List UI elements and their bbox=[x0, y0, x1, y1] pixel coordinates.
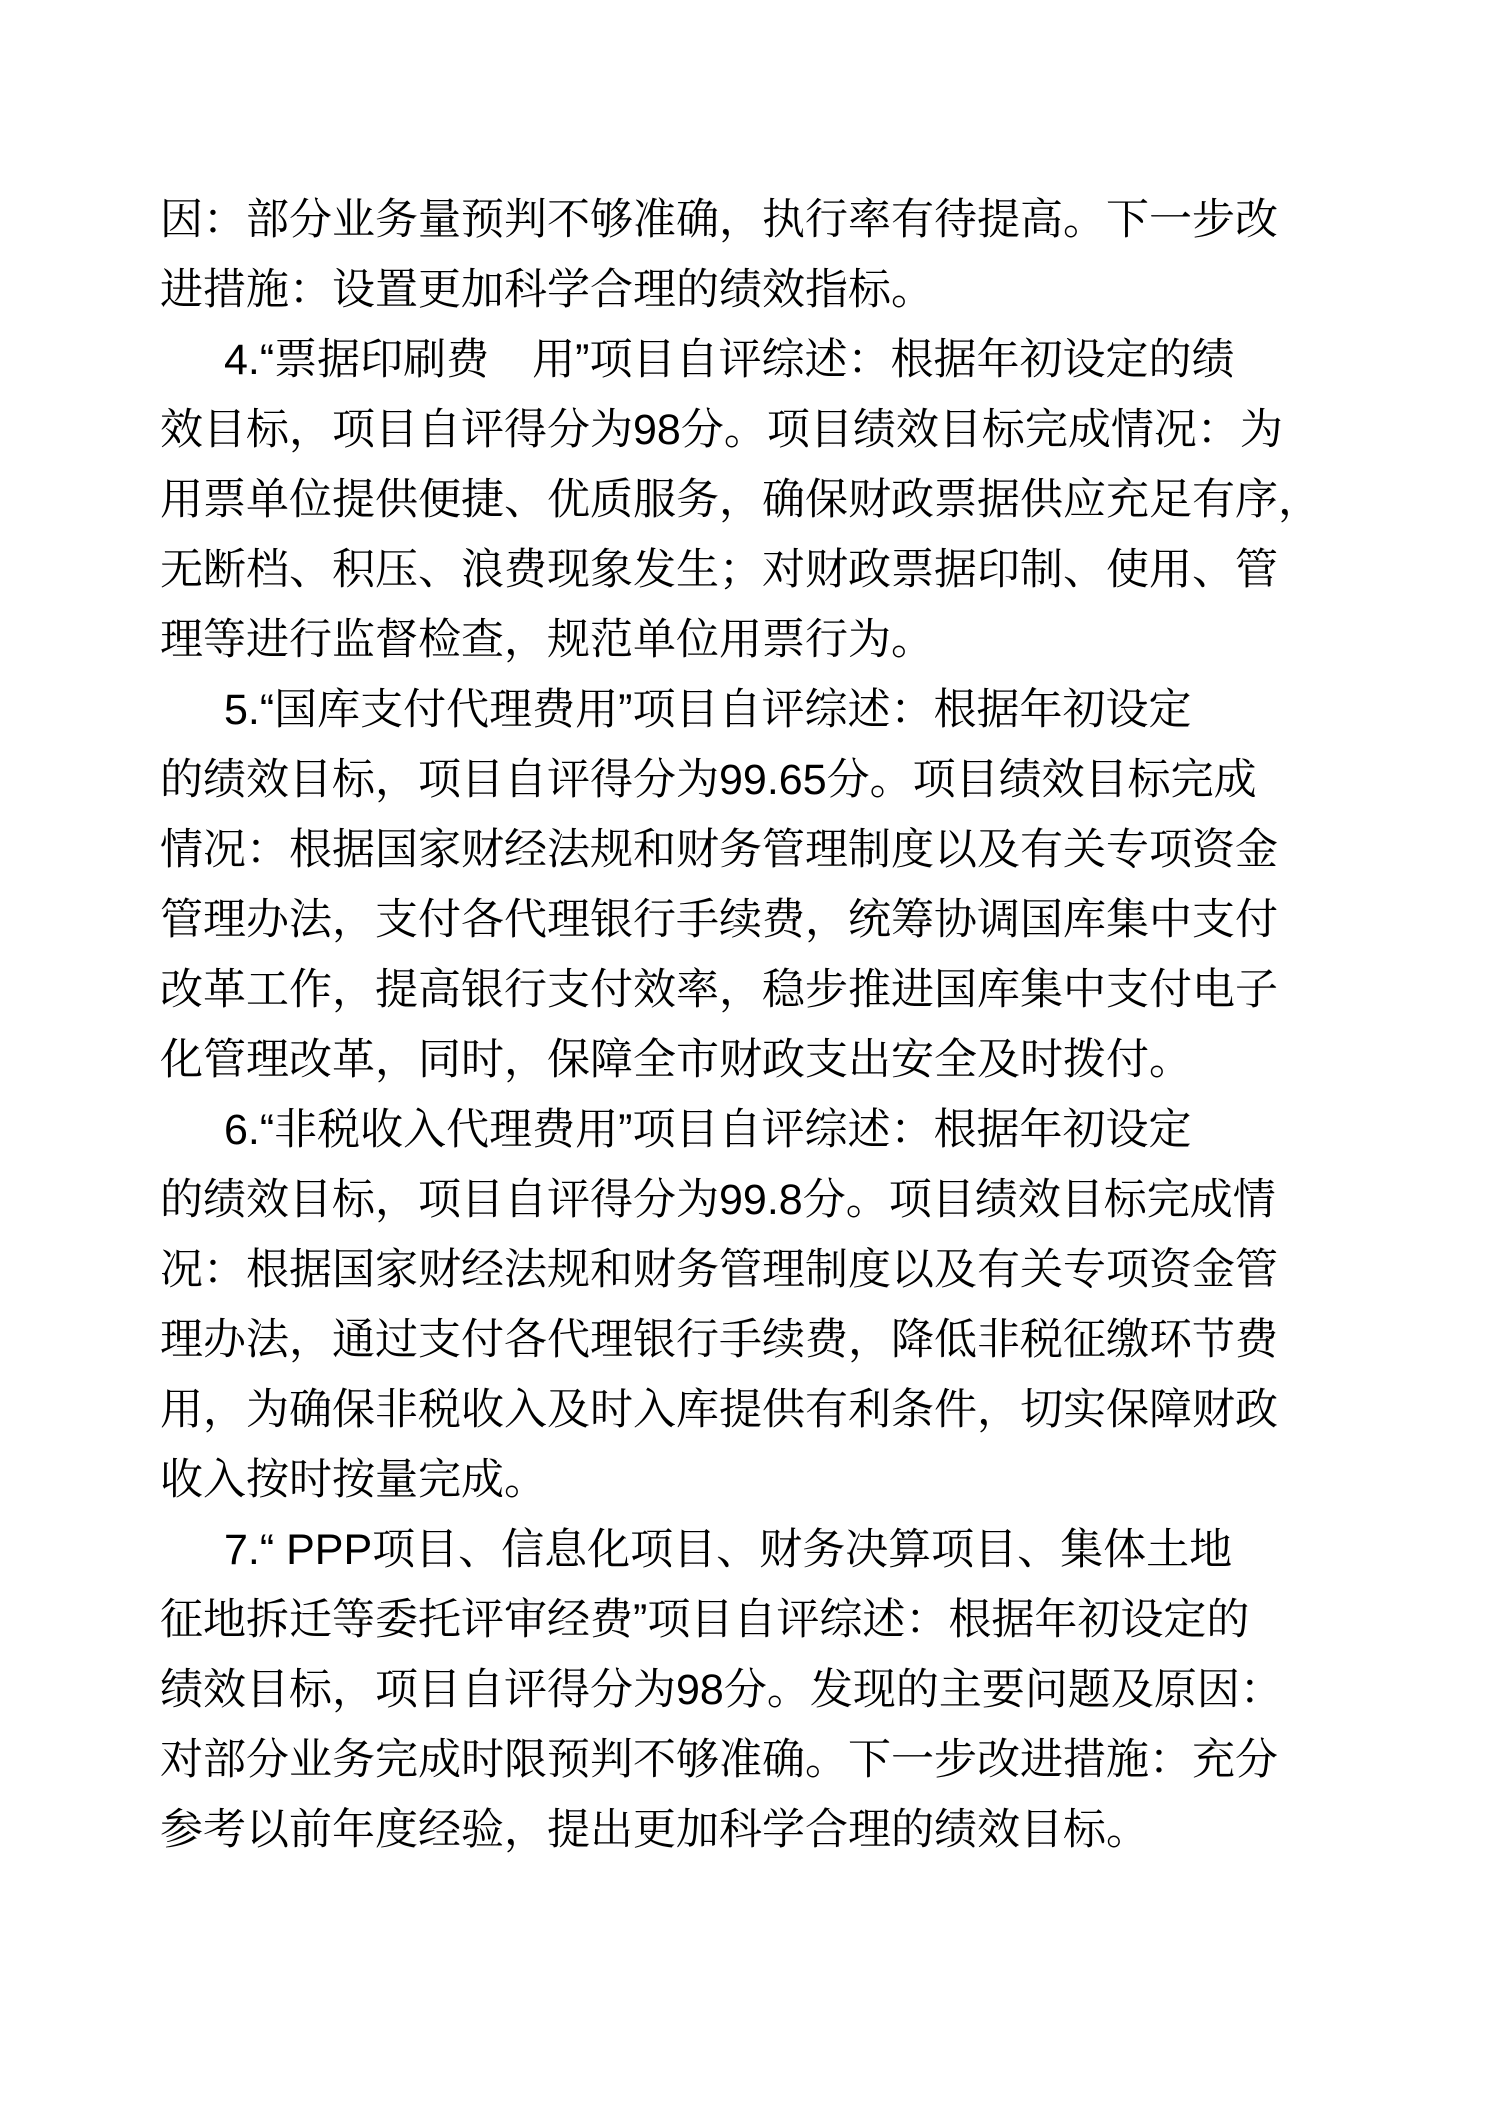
text-line-item-7: 7.“ PPP项目、信息化项目、财务决算项目、集体土地 bbox=[160, 1515, 1350, 1585]
text-line: 理等进行监督检查，规范单位用票行为。 bbox=[160, 605, 1350, 675]
text-line: 无断档、积压、浪费现象发生；对财政票据印制、使用、管 bbox=[160, 535, 1350, 605]
text-line-item-6: 6.“非税收入代理费用”项目自评综述：根据年初设定 bbox=[160, 1095, 1350, 1165]
text-line: 的绩效目标，项目自评得分为99.8分。项目绩效目标完成情 bbox=[160, 1165, 1350, 1235]
text-line: 效目标，项目自评得分为98分。项目绩效目标完成情况：为 bbox=[160, 395, 1350, 465]
text-line: 理办法，通过支付各代理银行手续费，降低非税征缴环节费 bbox=[160, 1305, 1350, 1375]
text-line: 因：部分业务量预判不够准确，执行率有待提高。下一步改 bbox=[160, 185, 1350, 255]
text-line: 管理办法，支付各代理银行手续费，统筹协调国库集中支付 bbox=[160, 885, 1350, 955]
text-block: 因：部分业务量预判不够准确，执行率有待提高。下一步改 进措施：设置更加科学合理的… bbox=[160, 185, 1350, 1865]
text-line: 化管理改革，同时，保障全市财政支出安全及时拨付。 bbox=[160, 1025, 1350, 1095]
text-line-item-4: 4.“票据印刷费 用”项目自评综述：根据年初设定的绩 bbox=[160, 325, 1350, 395]
text-line: 绩效目标，项目自评得分为98分。发现的主要问题及原因： bbox=[160, 1655, 1350, 1725]
text-line: 对部分业务完成时限预判不够准确。下一步改进措施：充分 bbox=[160, 1725, 1350, 1795]
text-line: 进措施：设置更加科学合理的绩效指标。 bbox=[160, 255, 1350, 325]
text-line: 情况：根据国家财经法规和财务管理制度以及有关专项资金 bbox=[160, 815, 1350, 885]
text-line: 参考以前年度经验，提出更加科学合理的绩效目标。 bbox=[160, 1795, 1350, 1865]
text-line: 收入按时按量完成。 bbox=[160, 1445, 1350, 1515]
text-line: 用票单位提供便捷、优质服务，确保财政票据供应充足有序， bbox=[160, 465, 1350, 535]
text-line: 改革工作，提高银行支付效率，稳步推进国库集中支付电子 bbox=[160, 955, 1350, 1025]
text-line-item-5: 5.“国库支付代理费用”项目自评综述：根据年初设定 bbox=[160, 675, 1350, 745]
document-page: 因：部分业务量预判不够准确，执行率有待提高。下一步改 进措施：设置更加科学合理的… bbox=[0, 0, 1488, 2105]
text-line: 征地拆迁等委托评审经费”项目自评综述：根据年初设定的 bbox=[160, 1585, 1350, 1655]
text-line: 用，为确保非税收入及时入库提供有利条件，切实保障财政 bbox=[160, 1375, 1350, 1445]
text-line: 的绩效目标，项目自评得分为99.65分。项目绩效目标完成 bbox=[160, 745, 1350, 815]
text-line: 况：根据国家财经法规和财务管理制度以及有关专项资金管 bbox=[160, 1235, 1350, 1305]
